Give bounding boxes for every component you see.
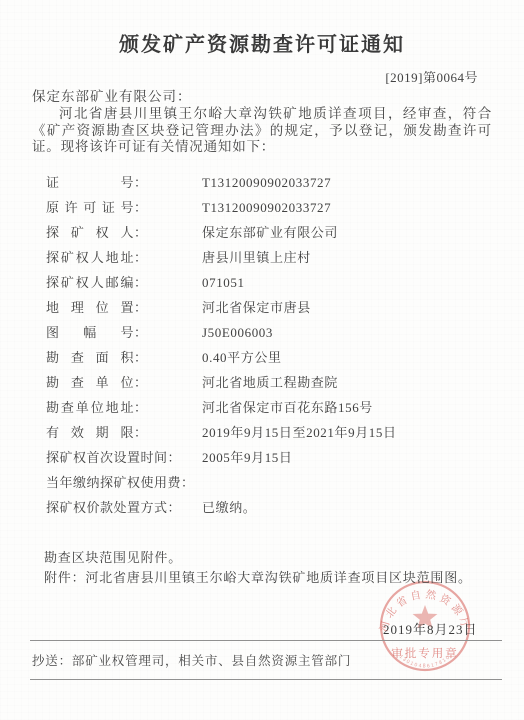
field-row: 探矿权人邮编： 071051 <box>32 275 492 290</box>
field-row: 有效期限： 2019年9月15日至2021年9月15日 <box>32 425 492 440</box>
field-value: 0.40平方公里 <box>202 350 282 365</box>
field-colon: ： <box>134 275 147 290</box>
field-value: 071051 <box>202 275 245 290</box>
field-colon: ： <box>134 300 147 315</box>
field-colon: ： <box>134 200 147 215</box>
field-label: 探矿权人邮编 <box>46 275 134 290</box>
field-row: 探矿权价款处置方式： 已缴纳。 <box>32 500 492 515</box>
field-row: 勘查面积： 0.40平方公里 <box>32 350 492 365</box>
body-paragraph: 河北省唐县川里镇王尔峪大章沟铁矿地质详查项目，经审查，符合《矿产资源勘查区块登记… <box>32 106 492 156</box>
attachment-line: 附件：河北省唐县川里镇王尔峪大章沟铁矿地质详查项目区块范围图。 <box>32 570 492 585</box>
note-line: 勘查区块范围见附件。 <box>32 550 492 565</box>
field-colon: ： <box>134 425 147 440</box>
field-label: 探矿权价款处置方式 <box>46 500 168 515</box>
page-title: 颁发矿产资源勘查许可证通知 <box>32 33 492 57</box>
field-label: 勘查单位地址 <box>46 400 134 415</box>
field-label: 图幅号 <box>46 325 134 340</box>
field-value: 唐县川里镇上庄村 <box>202 250 311 265</box>
field-row: 探矿权人地址： 唐县川里镇上庄村 <box>32 250 492 265</box>
field-value: T13120090902033727 <box>202 200 331 215</box>
field-label: 探矿权首次设置时间 <box>46 450 168 465</box>
field-colon: ： <box>134 175 147 190</box>
field-colon: ： <box>134 325 147 340</box>
field-value: 河北省地质工程勘查院 <box>202 375 338 390</box>
field-value: T13120090902033727 <box>202 175 331 190</box>
field-value: 河北省保定市百花东路156号 <box>202 400 373 415</box>
field-label: 有效期限 <box>46 425 134 440</box>
field-row: 证号： T13120090902033727 <box>32 175 492 190</box>
doc-number: [2019]第0064号 <box>32 71 492 85</box>
field-colon: ： <box>134 250 147 265</box>
recipient-line: 保定东部矿业有限公司： <box>32 89 492 104</box>
field-row: 图幅号： J50E006003 <box>32 325 492 340</box>
field-label: 探矿权人 <box>46 225 134 240</box>
field-colon: ： <box>168 500 181 515</box>
field-row: 原许可证号： T13120090902033727 <box>32 200 492 215</box>
field-value: J50E006003 <box>202 325 273 340</box>
field-value: 已缴纳。 <box>202 500 256 515</box>
field-row: 探矿权首次设置时间： 2005年9月15日 <box>32 450 492 465</box>
document-page: 颁发矿产资源勘查许可证通知 [2019]第0064号 保定东部矿业有限公司： 河… <box>0 0 524 720</box>
field-colon: ： <box>134 350 147 365</box>
field-row: 探矿权人： 保定东部矿业有限公司 <box>32 225 492 240</box>
field-row: 勘查单位地址： 河北省保定市百花东路156号 <box>32 400 492 415</box>
field-colon: ： <box>134 400 147 415</box>
field-value: 2005年9月15日 <box>202 450 293 465</box>
field-label: 证号 <box>46 175 134 190</box>
field-label: 勘查单位 <box>46 375 134 390</box>
field-colon: ： <box>134 225 147 240</box>
field-label: 勘查面积 <box>46 350 134 365</box>
field-row: 当年缴纳探矿权使用费： <box>32 475 492 490</box>
cc-line: 抄送：部矿业权管理司，相关市、县自然资源主管部门 <box>30 651 351 669</box>
field-list: 证号： T13120090902033727 原许可证号： T131200909… <box>32 175 492 515</box>
field-value: 2019年9月15日至2021年9月15日 <box>202 425 397 440</box>
field-colon: ： <box>181 475 194 490</box>
cc-block: 抄送：部矿业权管理司，相关市、县自然资源主管部门 <box>30 640 502 680</box>
field-colon: ： <box>134 375 147 390</box>
issue-date: 2019年8月23日 <box>383 619 478 638</box>
field-label: 探矿权人地址 <box>46 250 134 265</box>
field-value: 河北省保定市唐县 <box>202 300 311 315</box>
field-colon: ： <box>168 450 181 465</box>
field-label: 原许可证号 <box>46 200 134 215</box>
field-value: 保定东部矿业有限公司 <box>202 225 338 240</box>
document-content: 颁发矿产资源勘查许可证通知 [2019]第0064号 保定东部矿业有限公司： 河… <box>0 33 524 585</box>
field-label: 当年缴纳探矿权使用费 <box>46 475 181 490</box>
field-row: 勘查单位： 河北省地质工程勘查院 <box>32 375 492 390</box>
field-label: 地理位置 <box>46 300 134 315</box>
field-row: 地理位置： 河北省保定市唐县 <box>32 300 492 315</box>
